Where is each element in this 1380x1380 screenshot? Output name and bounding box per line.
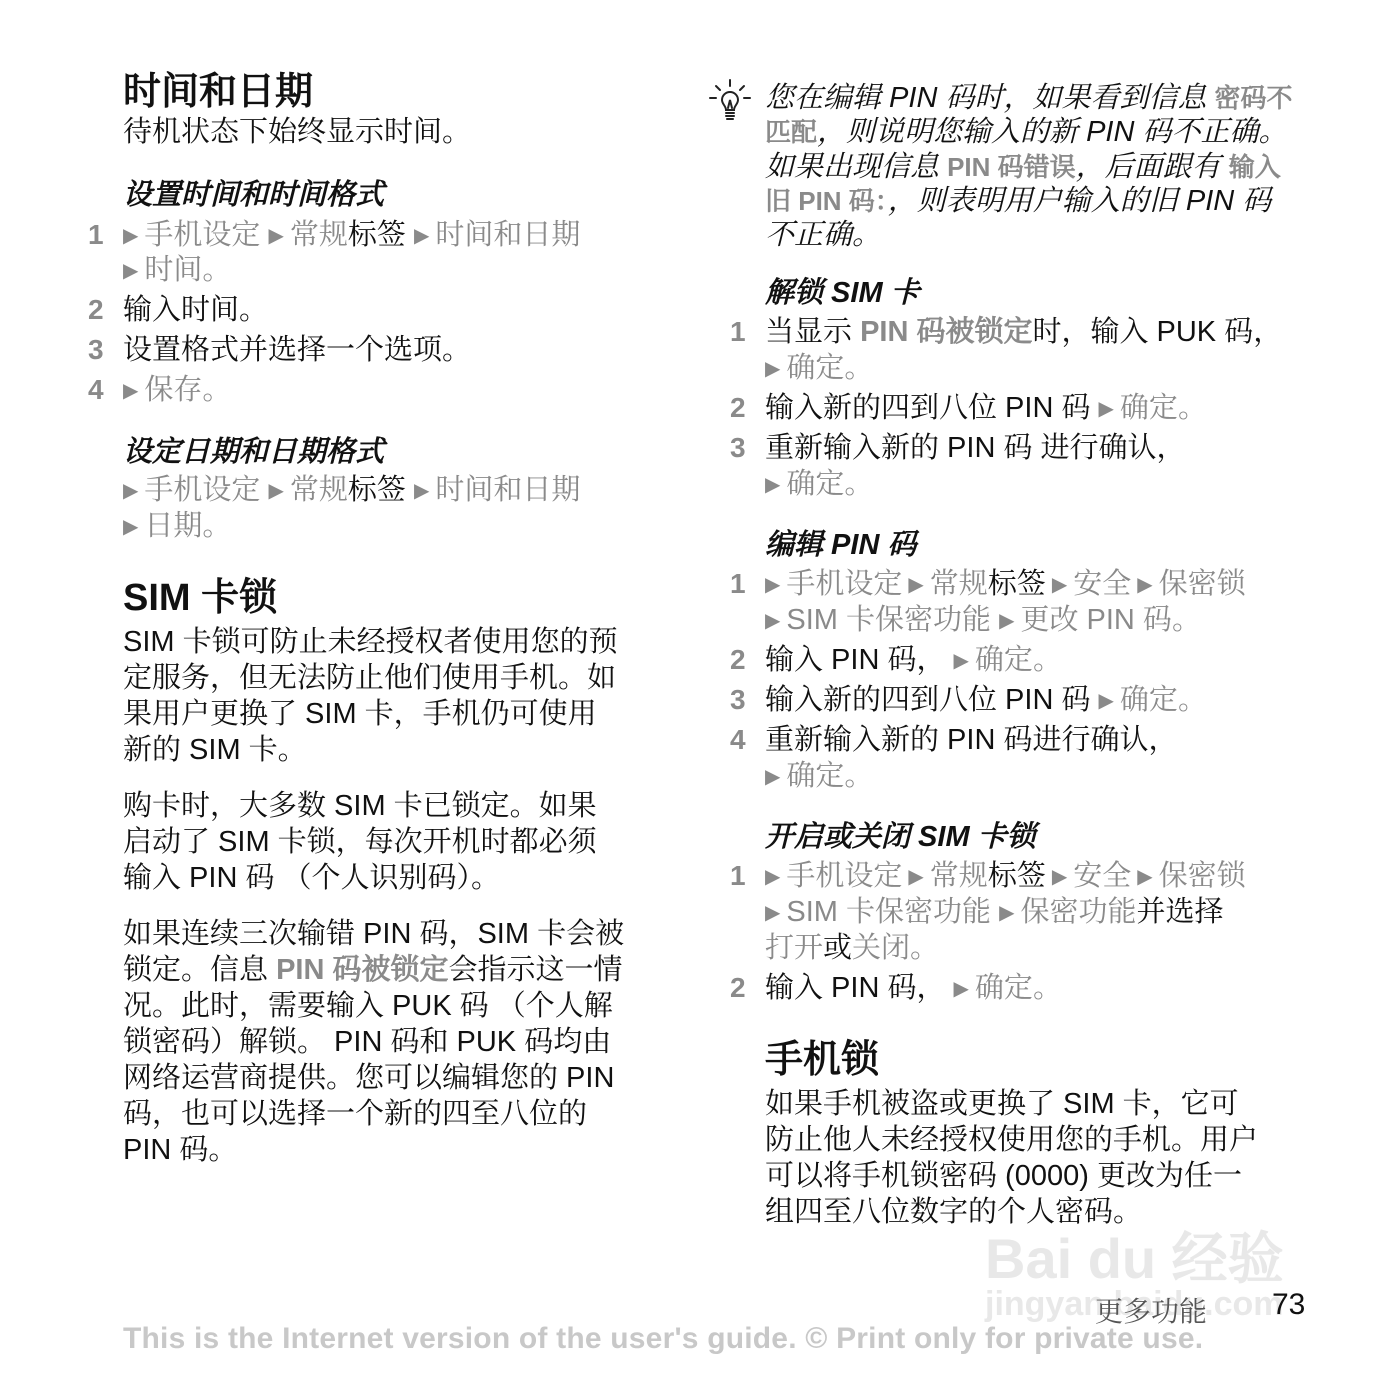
step-text: 重新输入新的 PIN 码 进行确认， xyxy=(765,430,1186,466)
baidu-watermark: Bai du 经验 xyxy=(985,1215,1284,1295)
step-text: 输入时间。 xyxy=(123,292,268,328)
arrow-right-icon: ▶ xyxy=(1137,866,1152,888)
arrow-right-icon: ▶ xyxy=(908,574,923,596)
arrow-right-icon: ▶ xyxy=(954,978,969,1000)
paragraph-line: 启动了 SIM 卡锁，每次开机时都必须 xyxy=(123,824,597,860)
paragraph-line: 网络运营商提供。您可以编辑您的 PIN xyxy=(123,1060,614,1096)
menu-path-cont: ▶确定。 xyxy=(765,758,873,795)
step-text: 输入 PIN 码， ▶确定。 xyxy=(765,642,1062,679)
paragraph-line: PIN 码。 xyxy=(123,1132,237,1168)
heading-unlock-sim: 解锁 SIM 卡 xyxy=(765,275,920,311)
step-number: 3 xyxy=(730,430,746,466)
menu-path-cont: ▶SIM 卡保密功能 ▶保密功能并选择 xyxy=(765,894,1224,931)
paragraph-line: 可以将手机锁密码 (0000) 更改为任一 xyxy=(765,1158,1242,1194)
lightbulb-icon xyxy=(707,78,753,124)
tip-line: 匹配，则说明您输入的新 PIN 码不正确。 xyxy=(765,115,1287,149)
paragraph-line: SIM 卡锁可防止未经授权者使用您的预 xyxy=(123,624,618,660)
menu-path: ▶保存。 xyxy=(123,372,231,409)
arrow-right-icon: ▶ xyxy=(123,260,138,282)
paragraph-line: 新的 SIM 卡。 xyxy=(123,732,307,768)
arrow-right-icon: ▶ xyxy=(123,480,138,502)
arrow-right-icon: ▶ xyxy=(999,902,1014,924)
arrow-right-icon: ▶ xyxy=(765,866,780,888)
menu-path-cont: ▶确定。 xyxy=(765,350,873,387)
arrow-right-icon: ▶ xyxy=(414,225,429,247)
menu-path-cont: ▶确定。 xyxy=(765,466,873,503)
menu-path-cont: ▶时间。 xyxy=(123,252,231,289)
arrow-right-icon: ▶ xyxy=(908,866,923,888)
paragraph-line: 果用户更换了 SIM 卡，手机仍可使用 xyxy=(123,696,597,732)
paragraph-line: 防止他人未经授权使用您的手机。用户 xyxy=(765,1122,1258,1158)
step-text: 输入新的四到八位 PIN 码 ▶确定。 xyxy=(765,682,1207,719)
menu-path-cont: ▶SIM 卡保密功能 ▶更改 PIN 码。 xyxy=(765,602,1201,639)
step-number: 4 xyxy=(730,722,746,758)
step-number: 3 xyxy=(730,682,746,718)
arrow-right-icon: ▶ xyxy=(123,380,138,402)
section-title-phone-lock: 手机锁 xyxy=(765,1038,879,1082)
heading-set-date: 设定日期和日期格式 xyxy=(123,434,384,470)
tip-line: 您在编辑 PIN 码时，如果看到信息 密码不 xyxy=(765,81,1293,115)
disclaimer: This is the Internet version of the user… xyxy=(123,1322,1203,1356)
step-text: 重新输入新的 PIN 码进行确认， xyxy=(765,722,1177,758)
heading-toggle-sim-lock: 开启或关闭 SIM 卡锁 xyxy=(765,819,1036,855)
step-text: 输入新的四到八位 PIN 码 ▶确定。 xyxy=(765,390,1207,427)
paragraph-line: 锁密码）解锁。 PIN 码和 PUK 码均由 xyxy=(123,1024,611,1060)
paragraph-line: 况。此时，需要输入 PUK 码 （个人解 xyxy=(123,988,613,1024)
arrow-right-icon: ▶ xyxy=(268,225,283,247)
step-number: 1 xyxy=(730,566,746,602)
section-title-time-date: 时间和日期 xyxy=(123,70,313,114)
arrow-right-icon: ▶ xyxy=(765,610,780,632)
arrow-right-icon: ▶ xyxy=(1099,690,1114,712)
arrow-right-icon: ▶ xyxy=(765,574,780,596)
arrow-right-icon: ▶ xyxy=(1052,574,1067,596)
paragraph-line: 输入 PIN 码 （个人识别码）。 xyxy=(123,860,500,896)
menu-path: ▶手机设定 ▶常规标签 ▶时间和日期 xyxy=(123,472,580,509)
time-date-intro: 待机状态下始终显示时间。 xyxy=(123,114,471,150)
arrow-right-icon: ▶ xyxy=(765,474,780,496)
arrow-right-icon: ▶ xyxy=(765,766,780,788)
step-number: 4 xyxy=(88,372,104,408)
arrow-right-icon: ▶ xyxy=(1052,866,1067,888)
step-number: 2 xyxy=(730,970,746,1006)
step-number: 2 xyxy=(730,642,746,678)
arrow-right-icon: ▶ xyxy=(268,480,283,502)
page-number: 73 xyxy=(1272,1288,1305,1322)
step-text: 设置格式并选择一个选项。 xyxy=(123,332,471,368)
arrow-right-icon: ▶ xyxy=(999,610,1014,632)
heading-edit-pin: 编辑 PIN 码 xyxy=(765,527,916,563)
arrow-right-icon: ▶ xyxy=(123,516,138,538)
paragraph-line: 码，也可以选择一个新的四至八位的 xyxy=(123,1096,587,1132)
step-number: 2 xyxy=(730,390,746,426)
arrow-right-icon: ▶ xyxy=(1137,574,1152,596)
tip-line: 旧 PIN 码：，则表明用户输入的旧 PIN 码 xyxy=(765,184,1271,218)
tip-line: 如果出现信息 PIN 码错误，后面跟有 输入 xyxy=(765,150,1281,184)
menu-path-cont: ▶日期。 xyxy=(123,508,231,545)
step-number: 1 xyxy=(730,858,746,894)
menu-path: ▶手机设定 ▶常规标签 ▶时间和日期 xyxy=(123,217,580,254)
step-text: 当显示 PIN 码被锁定时，输入 PUK 码， xyxy=(765,314,1282,350)
step-number: 2 xyxy=(88,292,104,328)
section-title-sim-lock: SIM 卡锁 xyxy=(123,576,277,620)
arrow-right-icon: ▶ xyxy=(123,225,138,247)
step-number: 1 xyxy=(88,217,104,253)
tip-line: 不正确。 xyxy=(765,218,881,252)
arrow-right-icon: ▶ xyxy=(414,480,429,502)
arrow-right-icon: ▶ xyxy=(765,358,780,380)
menu-path-cont: 打开或关闭。 xyxy=(765,930,939,966)
arrow-right-icon: ▶ xyxy=(954,650,969,672)
paragraph-line: 购卡时，大多数 SIM 卡已锁定。如果 xyxy=(123,788,597,824)
screen-message: PIN 码被锁定 xyxy=(276,954,448,986)
menu-path: ▶手机设定▶常规标签▶安全▶保密锁 xyxy=(765,566,1246,603)
paragraph-line: 如果连续三次输错 PIN 码，SIM 卡会被 xyxy=(123,916,624,952)
arrow-right-icon: ▶ xyxy=(765,902,780,924)
step-text: 输入 PIN 码， ▶确定。 xyxy=(765,970,1062,1007)
paragraph-line: 锁定。信息 PIN 码被锁定会指示这一情 xyxy=(123,952,622,988)
heading-set-time: 设置时间和时间格式 xyxy=(123,177,384,213)
paragraph-line: 如果手机被盗或更换了 SIM 卡，它可 xyxy=(765,1086,1239,1122)
step-number: 3 xyxy=(88,332,104,368)
paragraph-line: 定服务，但无法防止他们使用手机。如 xyxy=(123,660,616,696)
menu-path: ▶手机设定▶常规标签▶安全▶保密锁 xyxy=(765,858,1246,895)
arrow-right-icon: ▶ xyxy=(1099,398,1114,420)
step-number: 1 xyxy=(730,314,746,350)
